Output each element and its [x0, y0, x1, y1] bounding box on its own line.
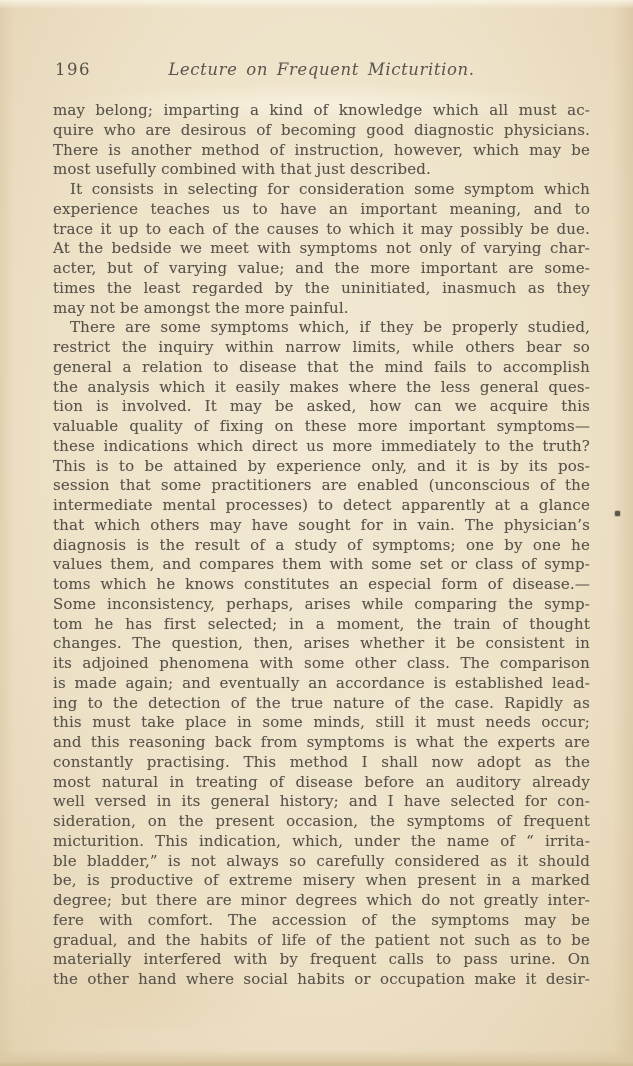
text-line: diagnosis is the result of a study of sy… [53, 536, 590, 556]
text-line: tion is involved. It may be asked, how c… [53, 397, 590, 417]
body-text: may belong; imparting a kind of knowledg… [53, 101, 590, 990]
text-line: gradual, and the habits of life of the p… [53, 931, 590, 951]
text-line: most usefully combined with that just de… [53, 160, 590, 180]
text-line: Some inconsistency, perhaps, arises whil… [53, 595, 590, 615]
text-line: quire who are desirous of becoming good … [53, 121, 590, 141]
ink-speck [615, 511, 620, 516]
text-line: sideration, on the present occasion, the… [53, 812, 590, 832]
text-line: experience teaches us to have an importa… [53, 200, 590, 220]
text-line: At the bedside we meet with symptoms not… [53, 239, 590, 259]
text-line: tom he has first selected; in a moment, … [53, 615, 590, 635]
text-line: ble bladder,” is not always so carefully… [53, 852, 590, 872]
text-line: session that some practitioners are enab… [53, 476, 590, 496]
text-line: the analysis which it easily makes where… [53, 378, 590, 398]
text-line: restrict the inquiry within narrow limit… [53, 338, 590, 358]
text-line: most natural in treating of disease befo… [53, 773, 590, 793]
text-line: materially interfered with by frequent c… [53, 950, 590, 970]
text-line: may belong; imparting a kind of knowledg… [53, 101, 590, 121]
text-line: these indications which direct us more i… [53, 437, 590, 457]
text-line: ing to the detection of the true nature … [53, 694, 590, 714]
text-line: There are some symptoms which, if they b… [53, 318, 590, 338]
text-line: toms which he knows constitutes an espec… [53, 575, 590, 595]
text-line: be, is productive of extreme misery when… [53, 871, 590, 891]
text-line: its adjoined phenomena with some other c… [53, 654, 590, 674]
text-line: well versed in its general history; and … [53, 792, 590, 812]
running-title: Lecture on Frequent Micturition. [53, 60, 590, 79]
text-line: trace it up to each of the causes to whi… [53, 220, 590, 240]
text-line: general a relation to disease that the m… [53, 358, 590, 378]
text-line: micturition. This indication, which, und… [53, 832, 590, 852]
text-line: changes. The question, then, arises whet… [53, 634, 590, 654]
text-line: is made again; and eventually an accorda… [53, 674, 590, 694]
text-line: times the least regarded by the uninitia… [53, 279, 590, 299]
text-line: values them, and compares them with some… [53, 555, 590, 575]
text-line: valuable quality of fixing on these more… [53, 417, 590, 437]
page-header: 196 Lecture on Frequent Micturition. [53, 60, 590, 82]
text-line: and this reasoning back from symptoms is… [53, 733, 590, 753]
text-line: degree; but there are minor degrees whic… [53, 891, 590, 911]
text-line: the other hand where social habits or oc… [53, 970, 590, 990]
text-line: acter, but of varying value; and the mor… [53, 259, 590, 279]
text-line: constantly practising. This method I sha… [53, 753, 590, 773]
text-line: It consists in selecting for considerati… [53, 180, 590, 200]
book-page: 196 Lecture on Frequent Micturition. may… [0, 0, 633, 1066]
text-line: this must take place in some minds, stil… [53, 713, 590, 733]
text-line: This is to be attained by experience onl… [53, 457, 590, 477]
text-line: intermediate mental processes) to detect… [53, 496, 590, 516]
text-line: that which others may have sought for in… [53, 516, 590, 536]
text-line: may not be amongst the more painful. [53, 299, 590, 319]
text-line: fere with comfort. The accession of the … [53, 911, 590, 931]
text-line: There is another method of instruction, … [53, 141, 590, 161]
